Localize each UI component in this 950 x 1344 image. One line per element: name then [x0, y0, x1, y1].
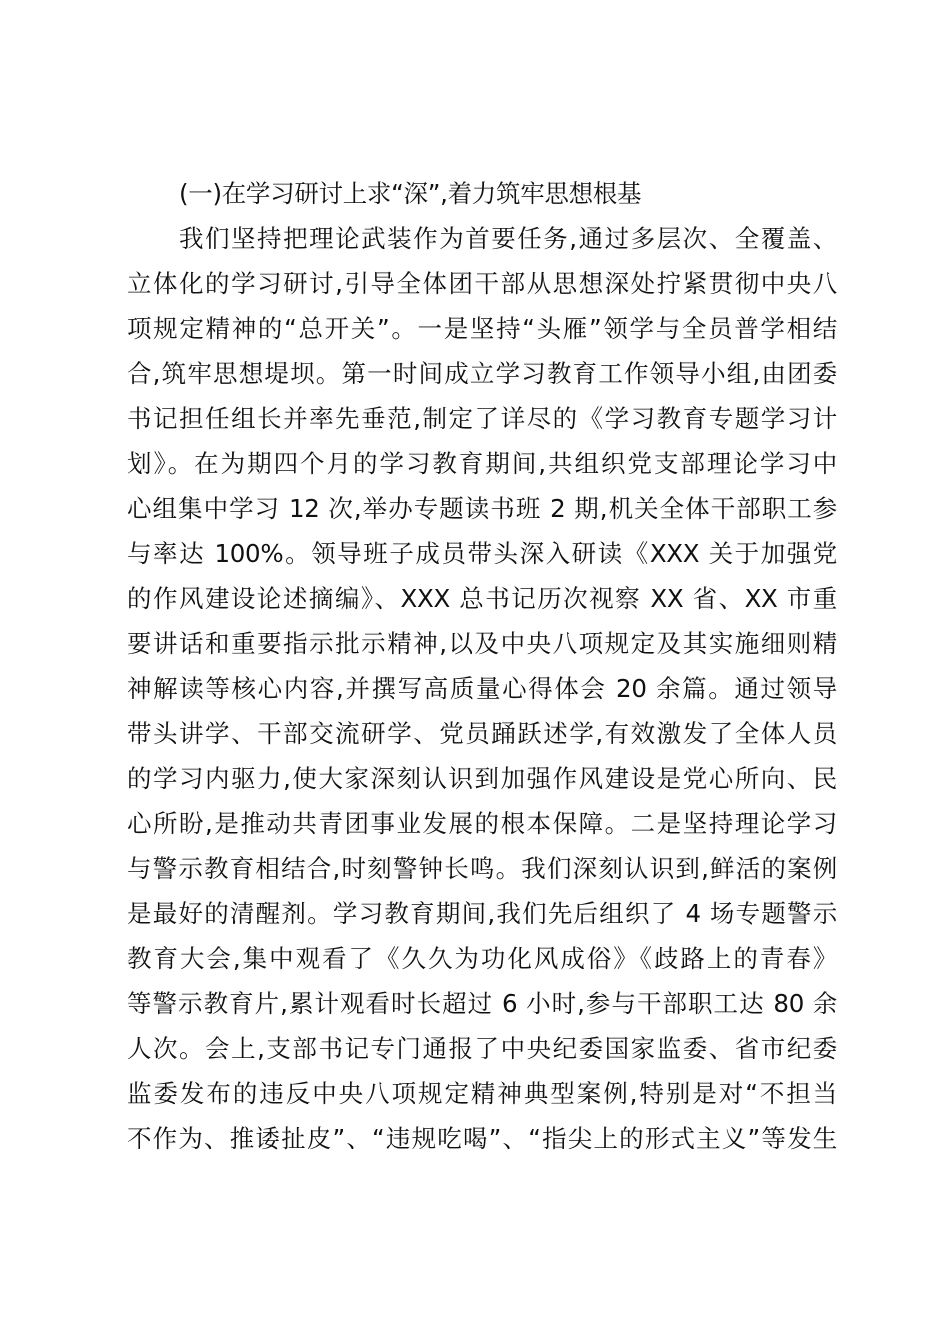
section-heading: (一)在学习研讨上求“深”,着力筑牢思想根基	[127, 171, 837, 216]
paragraph-line: 立体化的学习研讨,引导全体团干部从思想深处拧紧贯彻中央八	[127, 261, 837, 306]
paragraph-line: 项规定精神的“总开关”。一是坚持“头雁”领学与全员普学相结	[127, 306, 837, 351]
paragraph-line: 带头讲学、干部交流研学、党员踊跃述学,有效激发了全体人员	[127, 711, 837, 756]
paragraph-line: 的作风建设论述摘编》、XXX 总书记历次视察 XX 省、XX 市重	[127, 576, 837, 621]
paragraph-line: 要讲话和重要指示批示精神,以及中央八项规定及其实施细则精	[127, 621, 837, 666]
paragraph-line: 与率达 100%。领导班子成员带头深入研读《XXX 关于加强党	[127, 531, 837, 576]
paragraph-line: 心所盼,是推动共青团事业发展的根本保障。二是坚持理论学习	[127, 801, 837, 846]
paragraph-line: 划》。在为期四个月的学习教育期间,共组织党支部理论学习中	[127, 441, 837, 486]
paragraph-line: 教育大会,集中观看了《久久为功化风成俗》《歧路上的青春》	[127, 936, 837, 981]
paragraph-line: 监委发布的违反中央八项规定精神典型案例,特别是对“不担当	[127, 1071, 837, 1116]
paragraph-line: 书记担任组长并率先垂范,制定了详尽的《学习教育专题学习计	[127, 396, 837, 441]
paragraph-line: 合,筑牢思想堤坝。第一时间成立学习教育工作领导小组,由团委	[127, 351, 837, 396]
document-body: (一)在学习研讨上求“深”,着力筑牢思想根基 我们坚持把理论武装作为首要任务,通…	[127, 171, 837, 1161]
paragraph-line: 人次。会上,支部书记专门通报了中央纪委国家监委、省市纪委	[127, 1026, 837, 1071]
paragraph-line: 我们坚持把理论武装作为首要任务,通过多层次、全覆盖、	[127, 216, 837, 261]
paragraph-line: 等警示教育片,累计观看时长超过 6 小时,参与干部职工达 80 余	[127, 981, 837, 1026]
document-page: (一)在学习研讨上求“深”,着力筑牢思想根基 我们坚持把理论武装作为首要任务,通…	[0, 0, 950, 1344]
paragraph-line: 的学习内驱力,使大家深刻认识到加强作风建设是党心所向、民	[127, 756, 837, 801]
paragraph-line: 不作为、推诿扯皮”、“违规吃喝”、“指尖上的形式主义”等发生	[127, 1116, 837, 1161]
paragraph-line: 神解读等核心内容,并撰写高质量心得体会 20 余篇。通过领导	[127, 666, 837, 711]
paragraph-line: 心组集中学习 12 次,举办专题读书班 2 期,机关全体干部职工参	[127, 486, 837, 531]
paragraph-line: 与警示教育相结合,时刻警钟长鸣。我们深刻认识到,鲜活的案例	[127, 846, 837, 891]
paragraph-line: 是最好的清醒剂。学习教育期间,我们先后组织了 4 场专题警示	[127, 891, 837, 936]
